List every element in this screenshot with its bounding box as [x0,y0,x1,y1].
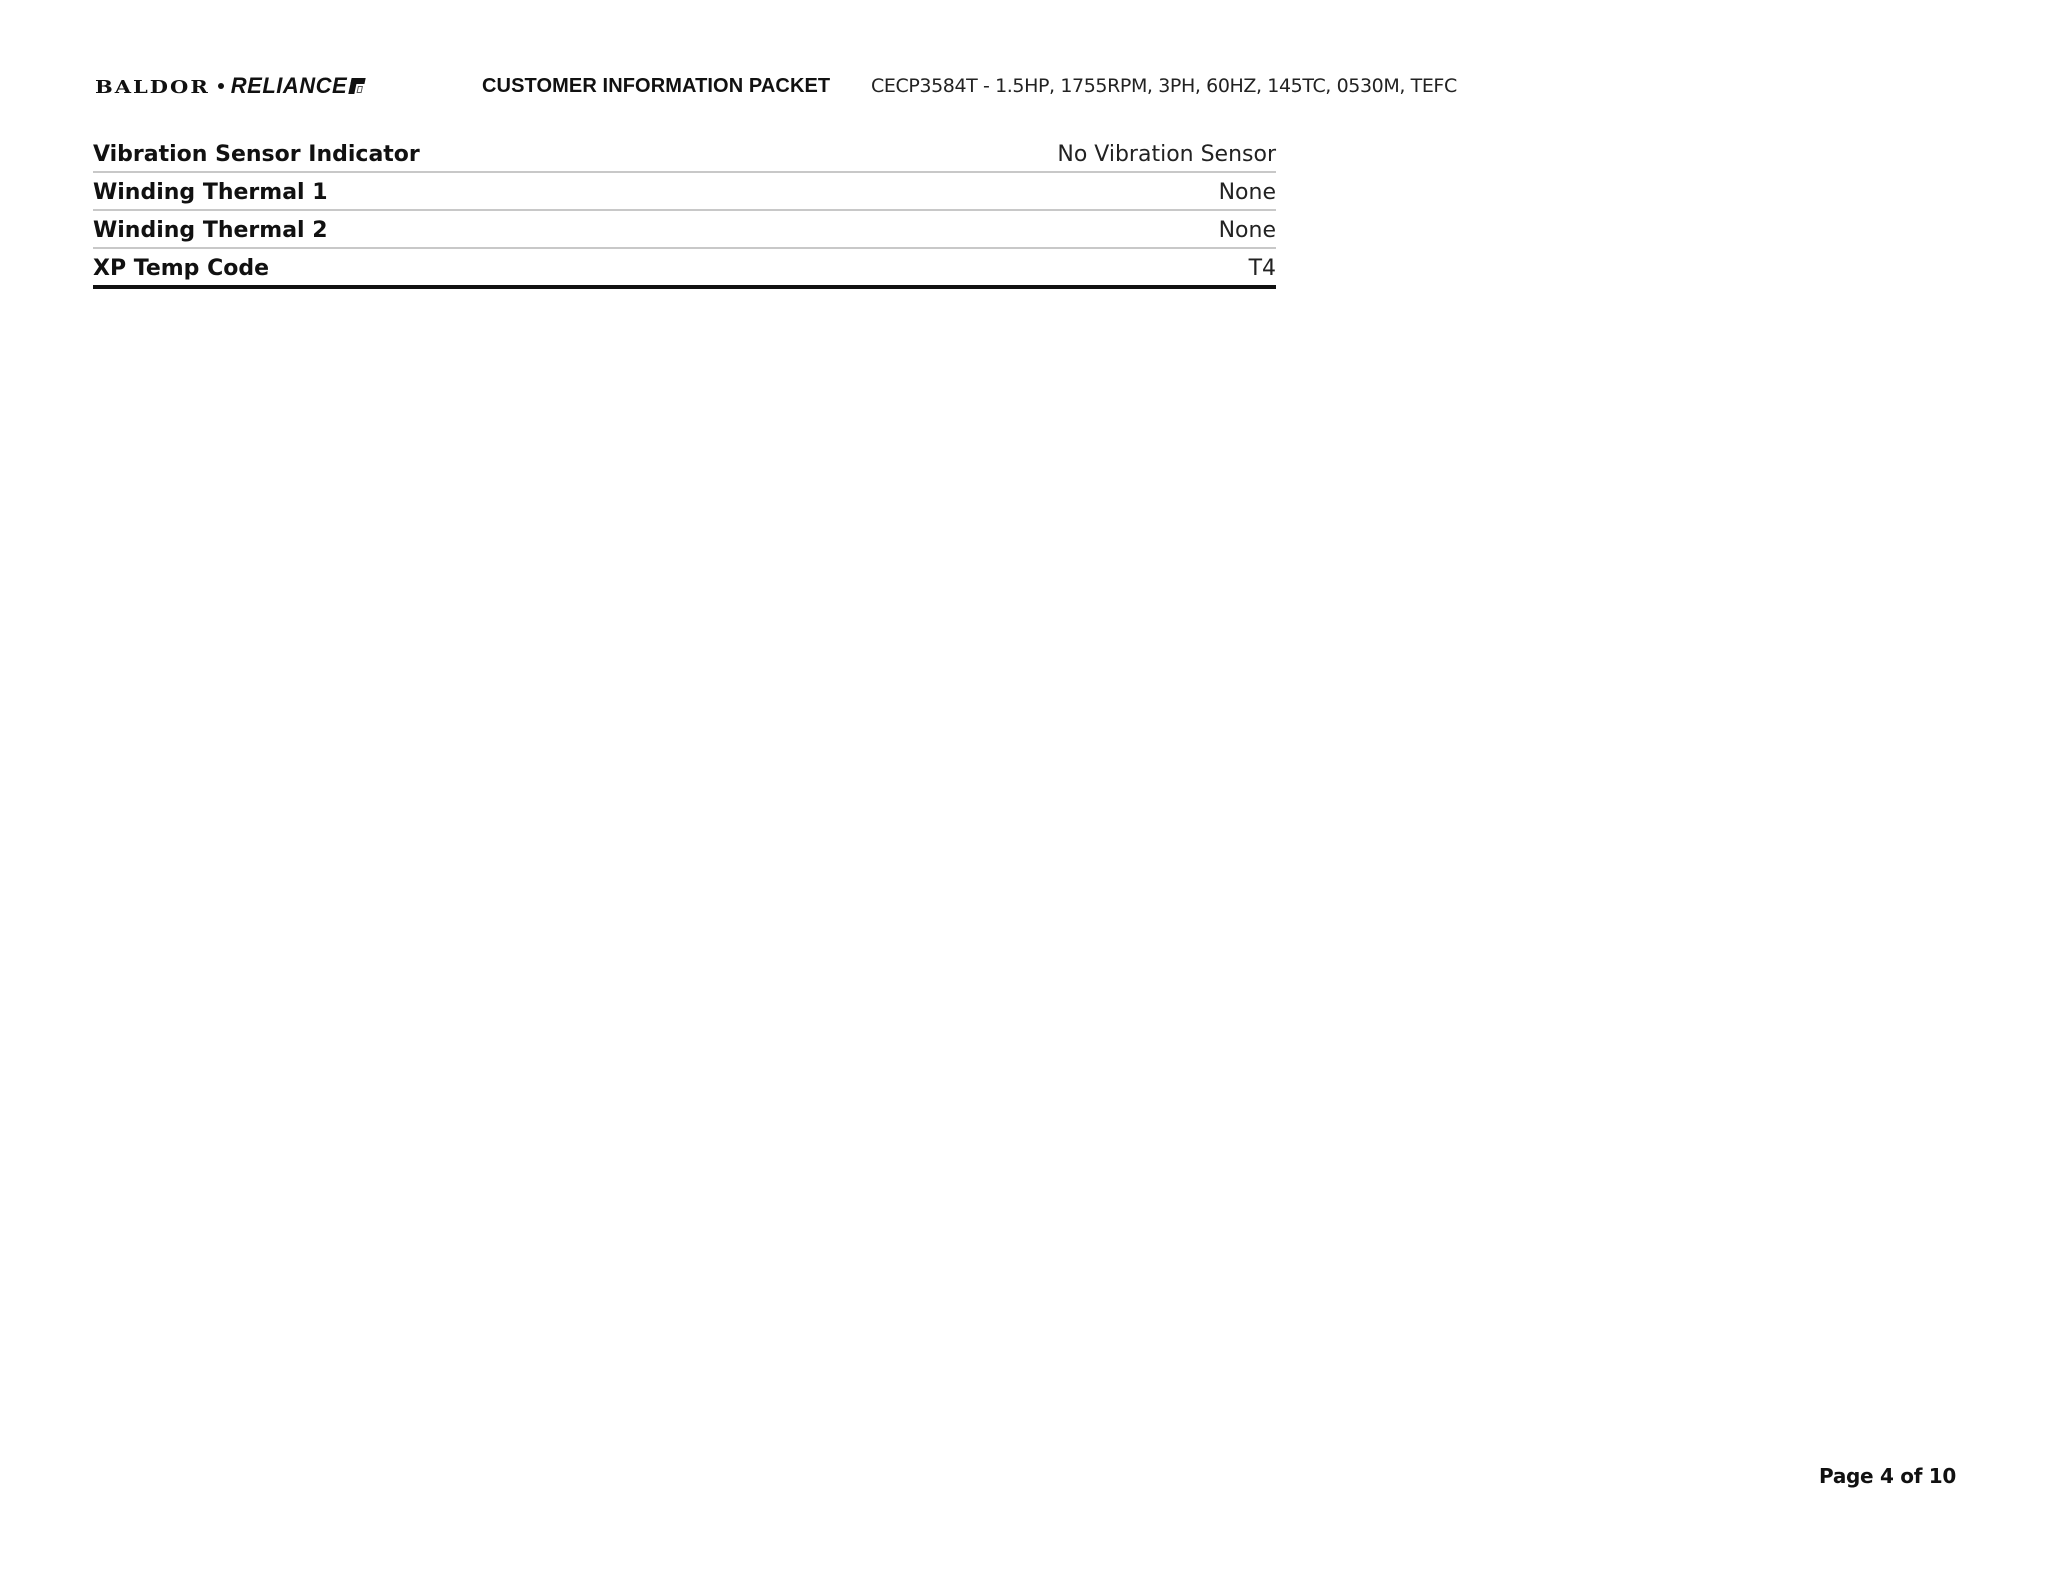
spec-value: T4 [1249,256,1276,281]
spec-value: None [1219,180,1276,205]
reliance-r-mark-icon [349,78,366,94]
spec-label: Winding Thermal 1 [93,180,328,205]
product-model-description: CECP3584T - 1.5HP, 1755RPM, 3PH, 60HZ, 1… [871,75,1457,97]
spec-value: None [1219,218,1276,243]
spec-label: Winding Thermal 2 [93,218,328,243]
spec-table: Vibration Sensor Indicator No Vibration … [93,137,1276,289]
page-number: Page 4 of 10 [1819,1464,1956,1488]
page-header: BALDOR RELIANCE CUSTOMER INFORMATION PAC… [95,70,435,102]
spec-value: No Vibration Sensor [1057,142,1276,167]
spec-row-vibration-sensor: Vibration Sensor Indicator No Vibration … [93,137,1276,173]
baldor-reliance-logo: BALDOR RELIANCE [95,70,435,102]
logo-dot-icon [218,83,224,89]
spec-row-winding-thermal-1: Winding Thermal 1 None [93,173,1276,211]
spec-label: XP Temp Code [93,256,269,281]
document-title: CUSTOMER INFORMATION PACKET [482,75,830,98]
logo-baldor-text: BALDOR [95,75,210,96]
spec-row-winding-thermal-2: Winding Thermal 2 None [93,211,1276,249]
logo-reliance-text: RELIANCE [231,73,347,99]
spec-row-xp-temp-code: XP Temp Code T4 [93,249,1276,289]
spec-label: Vibration Sensor Indicator [93,142,420,167]
